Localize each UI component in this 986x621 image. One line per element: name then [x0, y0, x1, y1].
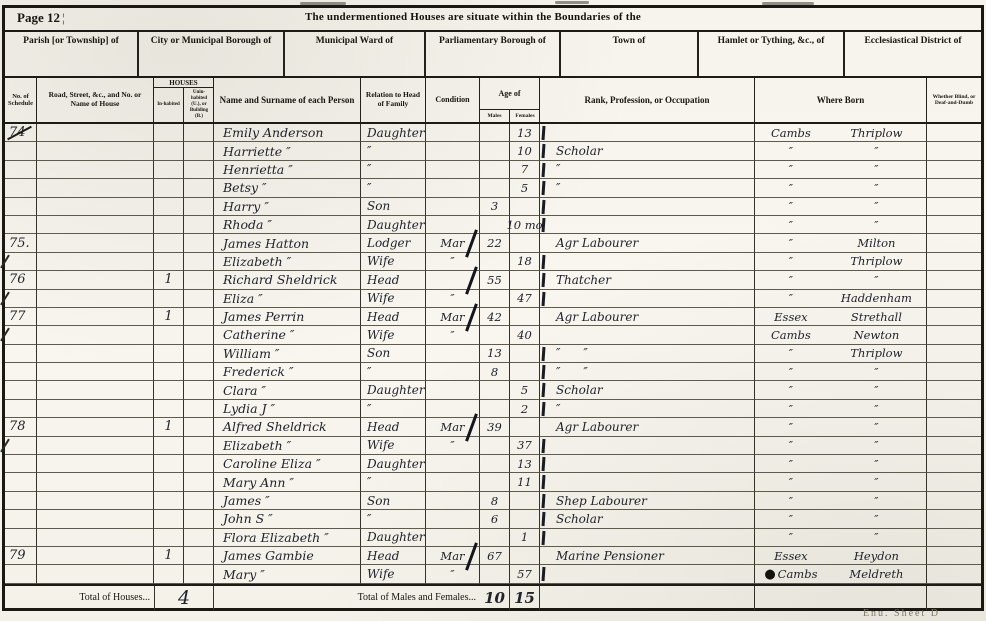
cell-age-male [480, 473, 510, 491]
born-place: Newton [827, 328, 926, 342]
cell-name: Rhoda ″ [214, 216, 361, 234]
cell-relation: Daughter [361, 381, 426, 399]
born-county: ″ [755, 254, 827, 268]
cell-uninhabited [184, 418, 214, 436]
cell-inhabited [154, 198, 184, 216]
cell-occupation [540, 216, 755, 234]
cell-where-born: ″Thriplow [755, 345, 927, 363]
cell-schedule [5, 198, 37, 216]
cell-blind-deaf [927, 290, 981, 308]
cell-name: Harriette ″ [214, 142, 361, 160]
cell-road [37, 400, 154, 418]
cell-uninhabited [184, 400, 214, 418]
cell-relation: ″ [361, 179, 426, 197]
cell-condition [426, 271, 480, 289]
col-header-schedule: No. of Schedule [5, 78, 37, 122]
cell-relation: Daughter [361, 124, 426, 142]
cell-schedule [5, 400, 37, 418]
col-header-age-group: Age of Males Females [480, 78, 540, 122]
cell-age-female: 5 [510, 381, 540, 399]
cell-age-male: 39 [480, 418, 510, 436]
cell-condition: Mar [426, 418, 480, 436]
cell-age-female: 13 [510, 455, 540, 473]
cell-name: Elizabeth ″ [214, 253, 361, 271]
cell-relation: Head [361, 547, 426, 565]
cell-age-male [480, 565, 510, 583]
cell-condition [426, 345, 480, 363]
cell-uninhabited [184, 142, 214, 160]
col-header-relation: Relation to Head of Family [361, 78, 426, 122]
cell-road [37, 179, 154, 197]
cell-age-male [480, 142, 510, 160]
cell-blind-deaf [927, 565, 981, 583]
cell-schedule [5, 565, 37, 583]
cell-occupation [540, 326, 755, 344]
cell-age-male: 8 [480, 363, 510, 381]
cell-inhabited [154, 290, 184, 308]
cell-blind-deaf [927, 400, 981, 418]
cell-where-born: ″″ [755, 510, 927, 528]
cell-relation: ″ [361, 142, 426, 160]
cell-inhabited [154, 381, 184, 399]
cell-age-female [510, 418, 540, 436]
born-county: Cambs [755, 328, 827, 342]
cell-road [37, 510, 154, 528]
cell-where-born: ″″ [755, 179, 927, 197]
cell-age-female [510, 547, 540, 565]
cell-relation: Wife [361, 326, 426, 344]
cell-blind-deaf [927, 547, 981, 565]
cell-age-male [480, 400, 510, 418]
cell-inhabited [154, 234, 184, 252]
cell-relation: Daughter [361, 529, 426, 547]
born-place: ″ [827, 383, 926, 397]
born-county: ″ [755, 420, 827, 434]
cell-inhabited [154, 326, 184, 344]
cell-uninhabited [184, 271, 214, 289]
cell-age-female [510, 510, 540, 528]
born-county: ″ [755, 291, 827, 305]
cell-name: James Gambie [214, 547, 361, 565]
cell-blind-deaf [927, 326, 981, 344]
cell-road [37, 326, 154, 344]
born-place: ″ [827, 420, 926, 434]
cell-age-female [510, 363, 540, 381]
cell-inhabited [154, 161, 184, 179]
born-place: ″ [827, 162, 926, 176]
cell-inhabited [154, 179, 184, 197]
cell-blind-deaf [927, 529, 981, 547]
cell-where-born: ″Thriplow [755, 253, 927, 271]
cell-age-female: 1 [510, 529, 540, 547]
cell-uninhabited [184, 216, 214, 234]
cell-condition: Mar [426, 547, 480, 565]
header-parish: Parish [or Township] of [5, 32, 139, 76]
cell-occupation: Agr Labourer [540, 234, 755, 252]
cell-uninhabited [184, 124, 214, 142]
cell-blind-deaf [927, 234, 981, 252]
cell-occupation: Agr Labourer [540, 418, 755, 436]
scan-artifact-dash [555, 1, 589, 4]
cell-uninhabited [184, 308, 214, 326]
cell-where-born: ″″ [755, 216, 927, 234]
col-header-females: Females [510, 110, 540, 122]
cell-condition [426, 381, 480, 399]
cell-blind-deaf [927, 492, 981, 510]
cell-relation: ″ [361, 363, 426, 381]
cell-blind-deaf [927, 198, 981, 216]
born-county: Essex [755, 549, 827, 563]
cell-uninhabited [184, 565, 214, 583]
cell-schedule [5, 253, 37, 271]
cell-where-born: CambsNewton [755, 326, 927, 344]
born-county: ″ [755, 144, 827, 158]
cell-schedule [5, 216, 37, 234]
born-place: Meldreth [827, 567, 926, 581]
cell-blind-deaf [927, 381, 981, 399]
cell-name: Richard Sheldrick [214, 271, 361, 289]
born-place: ″ [827, 144, 926, 158]
cell-road [37, 455, 154, 473]
cell-occupation: Scholar [540, 142, 755, 160]
cell-where-born: ″″ [755, 198, 927, 216]
totals-row: Total of Houses... 4 Total of Males and … [5, 584, 981, 610]
cell-name: Clara ″ [214, 381, 361, 399]
cell-age-male [480, 253, 510, 271]
cell-name: Alfred Sheldrick [214, 418, 361, 436]
born-place: Thriplow [827, 346, 926, 360]
cell-uninhabited [184, 473, 214, 491]
cell-relation: Son [361, 492, 426, 510]
born-place: ″ [827, 365, 926, 379]
cell-condition [426, 161, 480, 179]
cell-age-male: 22 [480, 234, 510, 252]
born-county: ″ [755, 457, 827, 471]
cell-where-born: ″″ [755, 271, 927, 289]
born-place: ″ [827, 199, 926, 213]
district-header-row: Parish [or Township] of City or Municipa… [5, 32, 981, 78]
born-place: ″ [827, 457, 926, 471]
cell-age-female [510, 271, 540, 289]
cell-schedule [5, 381, 37, 399]
cell-name: Flora Elizabeth ″ [214, 529, 361, 547]
cell-uninhabited [184, 363, 214, 381]
born-county: ″ [755, 199, 827, 213]
cell-occupation [540, 124, 755, 142]
cell-schedule: 79 [5, 547, 37, 565]
cell-blind-deaf [927, 216, 981, 234]
cell-road [37, 308, 154, 326]
born-place: Haddenham [827, 291, 926, 305]
cell-relation: Head [361, 308, 426, 326]
cell-uninhabited [184, 179, 214, 197]
born-county: ″ [755, 236, 827, 250]
cell-age-female: 47 [510, 290, 540, 308]
cell-road [37, 565, 154, 583]
cell-blind-deaf [927, 510, 981, 528]
cell-age-female: 7 [510, 161, 540, 179]
cell-condition [426, 473, 480, 491]
cell-road [37, 124, 154, 142]
cell-occupation [540, 565, 755, 583]
header-ecclesiastical-district: Ecclesiastical District of [845, 32, 981, 76]
cell-uninhabited [184, 510, 214, 528]
cell-relation: Head [361, 418, 426, 436]
born-county: Cambs [755, 567, 827, 582]
cell-age-female: 11 [510, 473, 540, 491]
born-county: ″ [755, 383, 827, 397]
cell-uninhabited [184, 381, 214, 399]
cell-age-female: 37 [510, 437, 540, 455]
cell-where-born: ″″ [755, 400, 927, 418]
born-place: ″ [827, 530, 926, 544]
cell-inhabited: 1 [154, 271, 184, 289]
cell-inhabited [154, 253, 184, 271]
cell-name: Elizabeth ″ [214, 437, 361, 455]
cell-occupation: Marine Pensioner [540, 547, 755, 565]
total-occupation-empty [540, 586, 755, 610]
cell-occupation [540, 473, 755, 491]
cell-occupation: Agr Labourer [540, 308, 755, 326]
cell-occupation: Thatcher [540, 271, 755, 289]
cell-age-male [480, 437, 510, 455]
cell-where-born: ″″ [755, 437, 927, 455]
cell-condition: Mar [426, 234, 480, 252]
cell-blind-deaf [927, 363, 981, 381]
born-county: ″ [755, 273, 827, 287]
col-header-inhabited: In-habited [154, 88, 184, 122]
cell-uninhabited [184, 234, 214, 252]
cell-age-female: 5 [510, 179, 540, 197]
cell-schedule [5, 529, 37, 547]
cell-name: Caroline Eliza ″ [214, 455, 361, 473]
cell-inhabited [154, 473, 184, 491]
cell-where-born: EssexHeydon [755, 547, 927, 565]
cell-age-male [480, 326, 510, 344]
cell-uninhabited [184, 455, 214, 473]
cell-inhabited [154, 437, 184, 455]
cell-schedule: 77 [5, 308, 37, 326]
cell-schedule: 74 [5, 124, 37, 142]
cell-schedule: 78 [5, 418, 37, 436]
cell-blind-deaf [927, 345, 981, 363]
cell-age-male [480, 455, 510, 473]
col-header-blind-deaf: Whether Blind, or Deaf-and-Dumb [927, 78, 981, 122]
born-place: Strethall [827, 310, 926, 324]
cell-schedule [5, 326, 37, 344]
cell-schedule: 76 [5, 271, 37, 289]
cell-inhabited [154, 529, 184, 547]
total-males-value: 10 [480, 586, 510, 610]
cell-where-born: EssexStrethall [755, 308, 927, 326]
cell-relation: ″ [361, 510, 426, 528]
total-males-females-label: Total of Males and Females... [214, 586, 480, 610]
cell-occupation: ″ [540, 179, 755, 197]
cell-road [37, 473, 154, 491]
cell-road [37, 198, 154, 216]
cell-inhabited [154, 124, 184, 142]
cell-age-female: 18 [510, 253, 540, 271]
census-enumeration-sheet: Page 12 The undermentioned Houses are si… [2, 5, 984, 611]
cell-road [37, 290, 154, 308]
born-county: ″ [755, 494, 827, 508]
cell-age-male: 67 [480, 547, 510, 565]
col-header-name: Name and Surname of each Person [214, 78, 361, 122]
cell-occupation [540, 437, 755, 455]
cell-where-born: ″″ [755, 161, 927, 179]
cell-condition: ″ [426, 326, 480, 344]
born-county: ″ [755, 181, 827, 195]
cell-schedule: 75. [5, 234, 37, 252]
cell-age-female: 2 [510, 400, 540, 418]
cell-occupation: Scholar [540, 510, 755, 528]
cell-where-born: ″″ [755, 492, 927, 510]
cell-schedule [5, 492, 37, 510]
cell-condition [426, 400, 480, 418]
cell-occupation: ″ ″ [540, 345, 755, 363]
col-header-houses: HOUSES [154, 78, 213, 88]
col-header-males: Males [480, 110, 510, 122]
cell-name: Frederick ″ [214, 363, 361, 381]
cell-inhabited: 1 [154, 308, 184, 326]
cell-schedule [5, 142, 37, 160]
cell-where-born: CambsMeldreth [755, 565, 927, 583]
header-city-borough: City or Municipal Borough of [139, 32, 285, 76]
cell-occupation: ″ [540, 161, 755, 179]
cell-relation: Daughter [361, 455, 426, 473]
born-county: ″ [755, 475, 827, 489]
cell-condition: ″ [426, 437, 480, 455]
cell-blind-deaf [927, 308, 981, 326]
cell-inhabited [154, 492, 184, 510]
cell-uninhabited [184, 437, 214, 455]
cell-road [37, 161, 154, 179]
cell-occupation: Shep Labourer [540, 492, 755, 510]
cell-condition: Mar [426, 308, 480, 326]
cell-road [37, 216, 154, 234]
born-county: ″ [755, 438, 827, 452]
cell-where-born: ″″ [755, 363, 927, 381]
col-header-uninhabited: Unin-habited (U.), or Building (B.) [184, 88, 214, 122]
cell-where-born: ″″ [755, 418, 927, 436]
sheet-footer: Enu. Sheet D [0, 608, 940, 619]
cell-inhabited [154, 216, 184, 234]
born-place: ″ [827, 438, 926, 452]
cell-where-born: ″″ [755, 473, 927, 491]
cell-blind-deaf [927, 455, 981, 473]
cell-road [37, 345, 154, 363]
cell-schedule [5, 510, 37, 528]
cell-name: Harry ″ [214, 198, 361, 216]
col-header-occupation: Rank, Profession, or Occupation [540, 78, 755, 122]
cell-age-female [510, 308, 540, 326]
cell-occupation [540, 529, 755, 547]
cell-condition [426, 510, 480, 528]
total-blind-empty [927, 586, 981, 610]
cell-relation: Wife [361, 253, 426, 271]
cell-age-female: 10 [510, 142, 540, 160]
cell-condition [426, 124, 480, 142]
born-county: ″ [755, 365, 827, 379]
cell-blind-deaf [927, 437, 981, 455]
cell-name: Emily Anderson [214, 124, 361, 142]
born-county: ″ [755, 218, 827, 232]
cell-occupation: ″ ″ [540, 363, 755, 381]
cell-age-male: 13 [480, 345, 510, 363]
col-header-age: Age of [480, 78, 539, 109]
cell-relation: Wife [361, 565, 426, 583]
cell-uninhabited [184, 198, 214, 216]
cell-condition [426, 179, 480, 197]
cell-road [37, 418, 154, 436]
cell-schedule [5, 473, 37, 491]
col-header-houses-group: HOUSES In-habited Unin-habited (U.), or … [154, 78, 214, 122]
cell-uninhabited [184, 253, 214, 271]
cell-name: James ″ [214, 492, 361, 510]
cell-uninhabited [184, 547, 214, 565]
cell-road [37, 547, 154, 565]
cell-age-male [480, 529, 510, 547]
cell-relation: Wife [361, 290, 426, 308]
cell-road [37, 529, 154, 547]
cell-schedule [5, 290, 37, 308]
cell-age-female [510, 492, 540, 510]
cell-blind-deaf [927, 142, 981, 160]
cell-age-female [510, 198, 540, 216]
born-county: ″ [755, 402, 827, 416]
cell-condition [426, 455, 480, 473]
cell-schedule [5, 363, 37, 381]
cell-uninhabited [184, 290, 214, 308]
cell-where-born: ″Milton [755, 234, 927, 252]
born-place: Heydon [827, 549, 926, 563]
cell-age-male: 55 [480, 271, 510, 289]
born-county: Cambs [755, 126, 827, 140]
cell-relation: Son [361, 198, 426, 216]
cell-age-male [480, 290, 510, 308]
cell-age-female [510, 234, 540, 252]
cell-inhabited [154, 455, 184, 473]
born-place: Thriplow [827, 126, 926, 140]
cell-name: Henrietta ″ [214, 161, 361, 179]
col-header-road: Road, Street, &c., and No. or Name of Ho… [37, 78, 154, 122]
cell-road [37, 142, 154, 160]
cell-condition: ″ [426, 565, 480, 583]
cell-where-born: ″Haddenham [755, 290, 927, 308]
total-houses-label: Total of Houses... [5, 586, 154, 610]
header-hamlet: Hamlet or Tything, &c., of [699, 32, 845, 76]
cell-where-born: ″″ [755, 529, 927, 547]
cell-name: Mary ″ [214, 565, 361, 583]
cell-where-born: ″″ [755, 381, 927, 399]
cell-name: James Hatton [214, 234, 361, 252]
born-place: ″ [827, 218, 926, 232]
cell-condition [426, 529, 480, 547]
cell-age-male [480, 381, 510, 399]
cell-relation: Son [361, 345, 426, 363]
cell-relation: ″ [361, 400, 426, 418]
cell-inhabited [154, 565, 184, 583]
cell-blind-deaf [927, 418, 981, 436]
cell-relation: Wife [361, 437, 426, 455]
cell-name: William ″ [214, 345, 361, 363]
cell-inhabited [154, 363, 184, 381]
cell-uninhabited [184, 345, 214, 363]
cell-inhabited [154, 510, 184, 528]
cell-relation: ″ [361, 161, 426, 179]
cell-condition [426, 363, 480, 381]
born-place: Thriplow [827, 254, 926, 268]
